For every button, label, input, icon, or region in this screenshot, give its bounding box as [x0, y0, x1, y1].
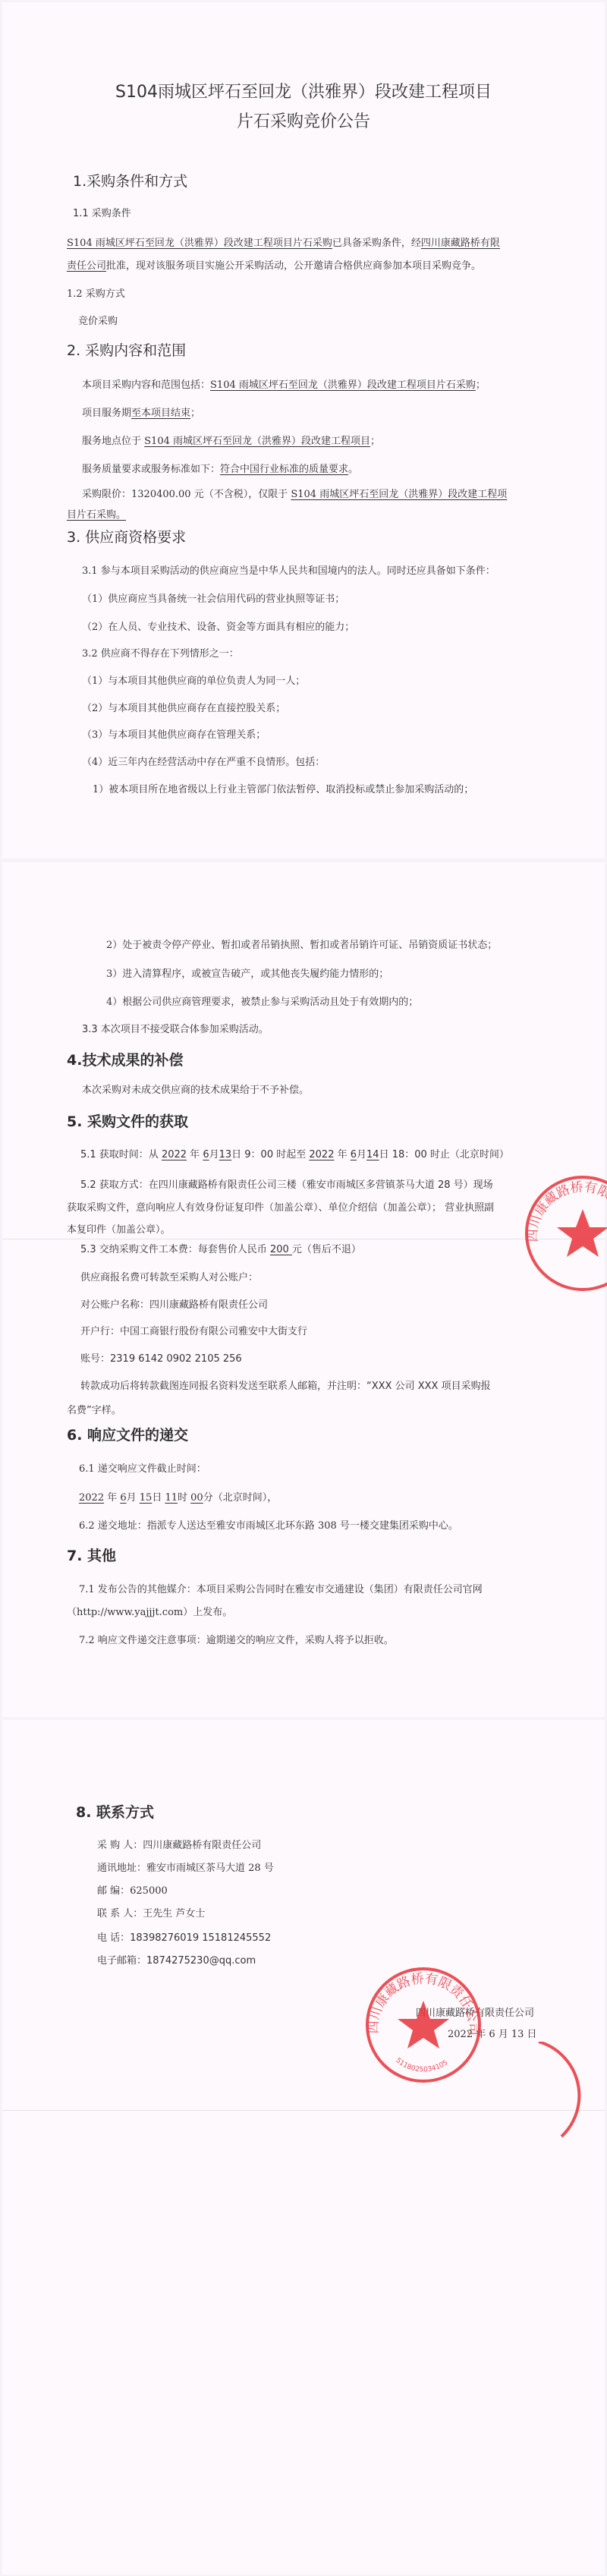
contact-purchaser: 采 购 人：四川康藏路桥有限责任公司 — [97, 1839, 261, 1853]
section-4-heading: 4.技术成果的补偿 — [67, 1049, 183, 1069]
contact-email: 电子邮箱：1874275230@qq.com — [97, 1954, 256, 1968]
period-value: 至本项目结束 — [131, 408, 190, 419]
fee-amount: 200 — [270, 1244, 292, 1255]
text: 分（北京时间）， — [203, 1492, 278, 1504]
location-value: S104 雨城区坪石至回龙（洪雅界）段改建工程项目 — [144, 436, 370, 447]
end-month: 6 — [351, 1149, 357, 1160]
text: 日 18：00 时止（北京时间） — [379, 1149, 509, 1160]
text: ； — [476, 379, 486, 391]
end-day: 14 — [366, 1149, 379, 1160]
period-line: 项目服务期至本项目结束； — [82, 407, 200, 420]
account-name: 对公账户名称：四川康藏路桥有限责任公司 — [80, 1299, 268, 1312]
deadline-year: 2022 — [79, 1492, 104, 1504]
text: 日 — [152, 1492, 165, 1504]
section-6-heading: 6. 响应文件的递交 — [67, 1424, 188, 1444]
deadline-minute: 00 — [190, 1492, 203, 1504]
para-5-1: 5.1 获取时间：从 2022 年 6月13日 9：00 时起至 2022 年 … — [80, 1148, 509, 1162]
para-7-1-line1: 7.1 发布公告的其他媒介：本项目采购公告同时在雅安市交通建设（集团）有限责任公… — [79, 1583, 483, 1597]
text: 时 — [178, 1492, 190, 1504]
section-7-heading: 7. 其他 — [67, 1545, 116, 1565]
account-number: 账号：2319 6142 0902 2105 256 — [80, 1353, 242, 1366]
text: 年 — [334, 1149, 350, 1160]
deadline-month: 6 — [120, 1492, 126, 1504]
price-line-2: 目片石采购。 — [67, 509, 126, 522]
text: 年 — [104, 1492, 120, 1504]
text: ； — [370, 436, 380, 447]
para-6-2: 6.2 递交地址：指派专人送达至雅安市雨城区北环东路 308 号一楼交建集团采购… — [79, 1519, 458, 1533]
para-3-2-3: （3）与本项目其他供应商存在管理关系； — [82, 729, 266, 742]
deadline-day: 15 — [140, 1492, 153, 1504]
company-name: 责任公司 — [67, 260, 106, 272]
text: 日 9：00 时起至 — [231, 1149, 309, 1160]
section-1-1-para-line1: S104 雨城区坪石至回龙（洪雅界）段改建工程项目片石采购已具备采购条件，经四川… — [67, 237, 500, 250]
start-year: 2022 — [162, 1149, 187, 1160]
section-4-para: 本次采购对未成交供应商的技术成果给于不予补偿。 — [82, 1084, 309, 1097]
para-3-3: 3.3 本次项目不接受联合体参加采购活动。 — [82, 1023, 269, 1037]
section-1-1-para-line2: 责任公司批准，现对该服务项目实施公开采购活动，公开邀请合格供应商参加本项目采购竞… — [67, 260, 481, 273]
text: 年 — [187, 1149, 203, 1160]
end-year: 2022 — [309, 1149, 334, 1160]
location-line: 服务地点位于 S104 雨城区坪石至回龙（洪雅界）段改建工程项目； — [82, 435, 380, 449]
quality-line: 服务质量要求或服务标准如下：符合中国行业标准的质量要求。 — [82, 463, 358, 477]
svg-text:5118025034105: 5118025034105 — [394, 2057, 449, 2074]
company-name: 四川康藏路桥有限 — [421, 238, 500, 249]
bank-name: 开户行：中国工商银行股份有限公司雅安中大街支行 — [80, 1325, 307, 1339]
scope-value: S104 雨城区坪石至回龙（洪雅界）段改建工程项目片石采购 — [210, 379, 476, 391]
para-3-2-1: （1）与本项目其他供应商的单位负责人为同一人； — [82, 675, 305, 688]
para-3-1-2: （2）在人员、专业技术、设备、资金等方面具有相应的能力； — [82, 621, 354, 635]
title-line-1: S104雨城区坪石至回龙（洪雅界）段改建工程项目 — [0, 79, 607, 102]
page-divider — [2, 1239, 605, 1239]
text: 月 — [127, 1492, 140, 1504]
text: 5.1 获取时间：从 — [80, 1149, 162, 1160]
para-3-2-4-4: 4）根据公司供应商管理要求，被禁止参与采购活动且处于有效期内的； — [106, 996, 418, 1009]
para-5-2-line3: 本复印件（加盖公章）。 — [67, 1223, 171, 1237]
para-3-2-4: （4）近三年内在经营活动中存在严重不良情形。包括： — [82, 756, 325, 770]
start-month: 6 — [203, 1149, 209, 1160]
text: 批准，现对该服务项目实施公开采购活动，公开邀请合格供应商参加本项目采购竞争。 — [106, 260, 481, 272]
para-7-1-line2: （http://www.yajjjt.com）上发布。 — [67, 1606, 232, 1620]
quality-value: 符合中国行业标准的质量要求 — [220, 464, 348, 475]
text: 月 — [357, 1149, 366, 1160]
price-line-1: 采购限价：1320400.00 元（不含税），仅限于 S104 雨城区坪石至回龙… — [82, 488, 507, 502]
section-3-heading: 3. 供应商资格要求 — [67, 526, 186, 546]
para-3-1-1: （1）供应商应当具备统一社会信用代码的营业执照等证书； — [82, 593, 344, 606]
deadline-hour: 11 — [165, 1492, 178, 1504]
para-3-2-4-1: 1）被本项目所在地省级以上行业主管部门依法暂停、取消投标或禁止参加采购活动的； — [93, 783, 473, 797]
contact-address: 通讯地址：雅安市雨城区茶马大道 28 号 — [97, 1862, 274, 1875]
text: ； — [190, 408, 200, 419]
para-3-2-2: （2）与本项目其他供应商存在直接控股关系； — [82, 702, 285, 716]
title-line-2: 片石采购竞价公告 — [0, 109, 607, 132]
section-2-heading: 2. 采购内容和范围 — [67, 339, 186, 360]
text: 服务质量要求或服务标准如下： — [82, 464, 220, 475]
section-5-heading: 5. 采购文件的获取 — [67, 1110, 188, 1131]
project-name: S104 雨城区坪石至回龙（洪雅界）段改建工程项目片石采购 — [67, 238, 332, 249]
text: 月 — [209, 1149, 219, 1160]
para-3-2: 3.2 供应商不得存在下列情形之一： — [82, 647, 239, 661]
company-seal-icon: 四川康藏路桥有限责任公司 — [522, 1173, 607, 1294]
text: 已具备采购条件，经 — [332, 238, 421, 249]
company-seal-icon: 四川康藏路桥有限责任公司 5118025034105 — [363, 1964, 484, 2086]
text: 项目服务期 — [82, 408, 131, 419]
para-5-2-line2: 获取采购文件，意向响应人有效身份证复印件（加盖公章）、单位介绍信（加盖公章）； … — [67, 1201, 494, 1215]
para-7-2: 7.2 响应文件递交注意事项：逾期递交的响应文件，采购人将予以拒收。 — [79, 1634, 394, 1648]
text: 。 — [348, 464, 358, 475]
section-1-heading: 1.采购条件和方式 — [73, 170, 187, 191]
para-5-3: 5.3 交纳采购文件工本费：每套售价人民币 200 元（售后不退） — [80, 1243, 361, 1257]
price-text: 采购限价：1320400.00 元（不含税），仅限于 — [82, 489, 291, 500]
text: 本项目采购内容和范围包括： — [82, 379, 210, 391]
contact-persons: 联 系 人：王先生 芦女士 — [97, 1907, 205, 1921]
para-3-1: 3.1 参与本项目采购活动的供应商应当是中华人民共和国境内的法人。同时还应具备如… — [82, 565, 495, 578]
text: 5.3 交纳采购文件工本费：每套售价人民币 — [80, 1244, 270, 1255]
section-1-2-value: 竞价采购 — [78, 315, 118, 329]
transfer-note-line1: 转款成功后将转款截图连同报名资料发送至联系人邮箱，并注明：“XXX 公司 XXX… — [80, 1380, 491, 1393]
para-3-2-4-2: 2）处于被责令停产停业、暂扣或者吊销执照、暂扣或者吊销许可证、吊销资质证书状态； — [106, 939, 497, 953]
contact-postcode: 邮 编：625000 — [97, 1885, 168, 1898]
partial-seal-icon — [531, 2042, 607, 2140]
text: 元（售后不退） — [292, 1244, 361, 1255]
scope-line: 本项目采购内容和范围包括：S104 雨城区坪石至回龙（洪雅界）段改建工程项目片石… — [82, 379, 486, 392]
page-3 — [2, 1720, 605, 2574]
text: 服务地点位于 — [82, 436, 144, 447]
price-scope: S104 雨城区坪石至回龙（洪雅界）段改建工程项 — [291, 489, 507, 500]
para-5-2-line1: 5.2 获取方式：在四川康藏路桥有限责任公司三楼（雅安市雨城区多营镇茶马大道 2… — [80, 1179, 493, 1192]
page-divider — [2, 2110, 605, 2111]
transfer-note-line2: 名费”字样。 — [67, 1404, 121, 1418]
para-3-2-4-3: 3）进入清算程序，或被宣告破产，或其他丧失履约能力情形的； — [106, 968, 388, 981]
section-8-heading: 8. 联系方式 — [76, 1801, 154, 1822]
section-1-2-label: 1.2 采购方式 — [67, 288, 125, 301]
para-6-1: 6.1 递交响应文件截止时间： — [79, 1463, 206, 1476]
contact-phone: 电 话：18398276019 15181245552 — [97, 1932, 271, 1945]
section-1-1-label: 1.1 采购条件 — [73, 207, 131, 221]
fee-note: 供应商报名费可转款至采购人对公账户： — [80, 1271, 258, 1285]
submission-deadline: 2022 年 6月 15日 11时 00分（北京时间）， — [79, 1491, 277, 1505]
start-day: 13 — [219, 1149, 232, 1160]
